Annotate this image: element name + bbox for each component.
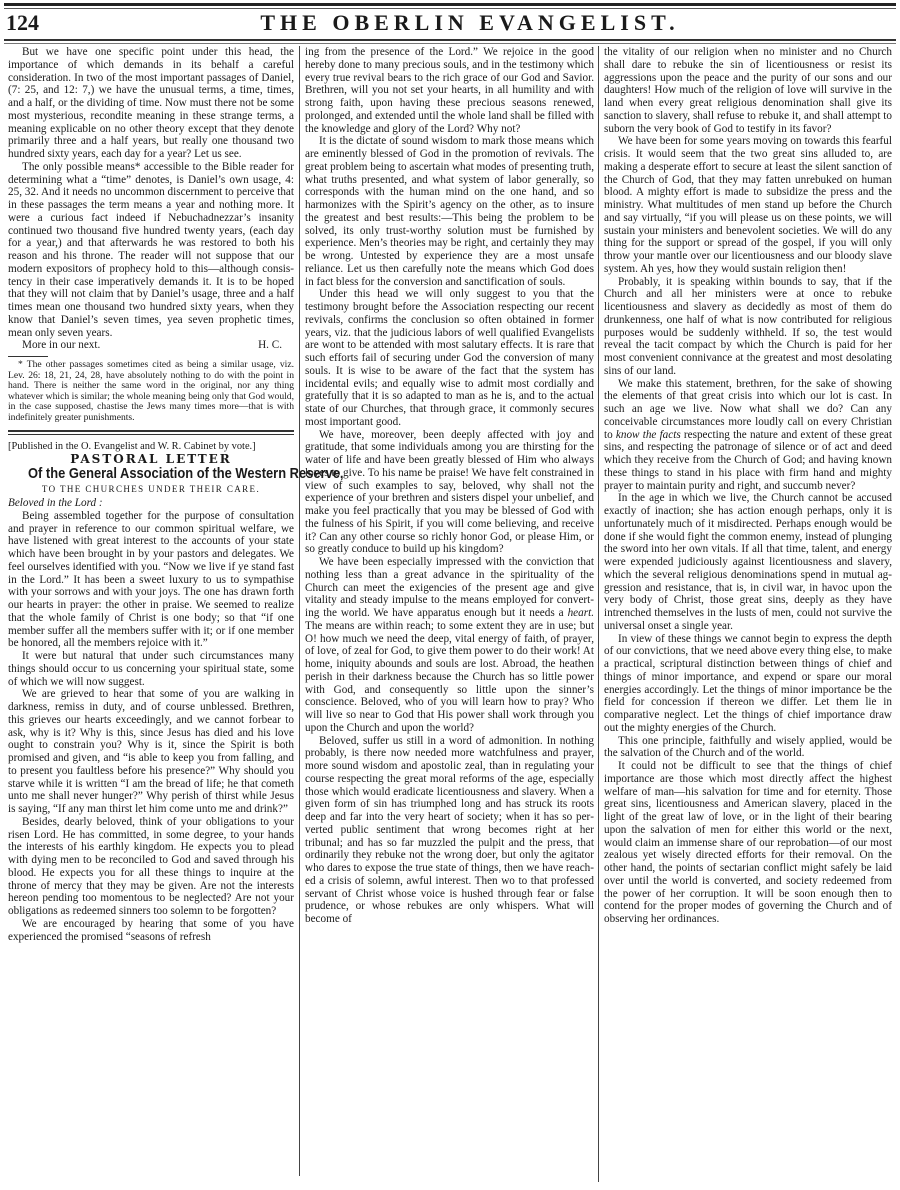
letter-addressee: TO THE CHURCHES UNDER THEIR CARE. [8,483,294,496]
letter-paragraph: In the age in which we live, the Church … [604,492,892,632]
letter-paragraph: ing from the presence of the Lord.” We r… [305,46,594,135]
letter-subtitle: Of the General Association of the Wester… [28,465,274,483]
pastoral-letter: [Published in the O. Evangelist and W. R… [8,440,294,944]
column-divider [598,46,599,1182]
letter-paragraph: We are grieved to hear that some of you … [8,688,294,816]
newspaper-title: THE OBERLIN EVANGELIST. [0,10,900,36]
emphasis-text: know the facts [616,429,681,441]
letter-paragraph: In view of these things we cannot begin … [604,633,892,735]
column-3: the vitality of our religion when no min… [604,46,892,926]
text-run: The means are within reach; to some exte… [305,620,594,734]
masthead-rule [4,39,896,41]
letter-paragraph: We are encouraged by hearing that some o… [8,918,294,944]
masthead: 124 THE OBERLIN EVANGELIST. [0,10,900,36]
column-2: ing from the presence of the Lord.” We r… [305,46,594,926]
column-1: But we have one specific point under thi… [8,46,294,943]
letter-paragraph: Beloved, suffer us still in a word of ad… [305,735,594,926]
footnote-text: * The other passages sometimes cited as … [8,360,294,424]
footnote-rule [8,356,48,357]
letter-paragraph: It were but natural that under such circ… [8,650,294,688]
article-signoff: More in our next. H. C. [8,339,294,352]
closing-note: More in our next. [22,339,100,352]
masthead-rule-thin [4,43,896,44]
section-divider [8,430,294,435]
letter-paragraph: We make this statement, brethren, for th… [604,378,892,493]
letter-paragraph: It is the dictate of sound wisdom to mar… [305,135,594,288]
letter-paragraph: We have been especially impressed with t… [305,556,594,735]
top-border-rule-thin [4,8,896,9]
article-paragraph: But we have one specific point under thi… [8,46,294,161]
letter-paragraph: We have been for some years moving on to… [604,135,892,275]
column-divider [299,46,300,1176]
publication-note: [Published in the O. Evangelist and W. R… [8,440,294,453]
letter-paragraph: Being assembled together for the purpose… [8,510,294,650]
footnote: * The other passages sometimes cited as … [8,360,294,424]
letter-paragraph: We have, moreover, been deeply affected … [305,429,594,557]
top-border-rule [4,3,896,6]
letter-paragraph: Besides, dearly beloved, think of your o… [8,816,294,918]
letter-paragraph: It could not be difficult to see that th… [604,760,892,926]
text-run: We have been especially impressed with t… [305,556,594,619]
author-signature: H. C. [258,339,282,352]
emphasis-text: heart. [568,607,594,619]
letter-paragraph: the vitality of our religion when no min… [604,46,892,135]
letter-paragraph: Under this head we will only suggest to … [305,288,594,428]
letter-title: PASTORAL LETTER [8,453,294,466]
prophecy-article: But we have one specific point under thi… [8,46,294,424]
letter-paragraph: This one principle, faithfully and wisel… [604,735,892,761]
letter-paragraph: Probably, it is speaking within bounds t… [604,276,892,378]
salutation: Beloved in the Lord : [8,497,294,510]
article-paragraph: The only possible means* accessible to t… [8,161,294,340]
